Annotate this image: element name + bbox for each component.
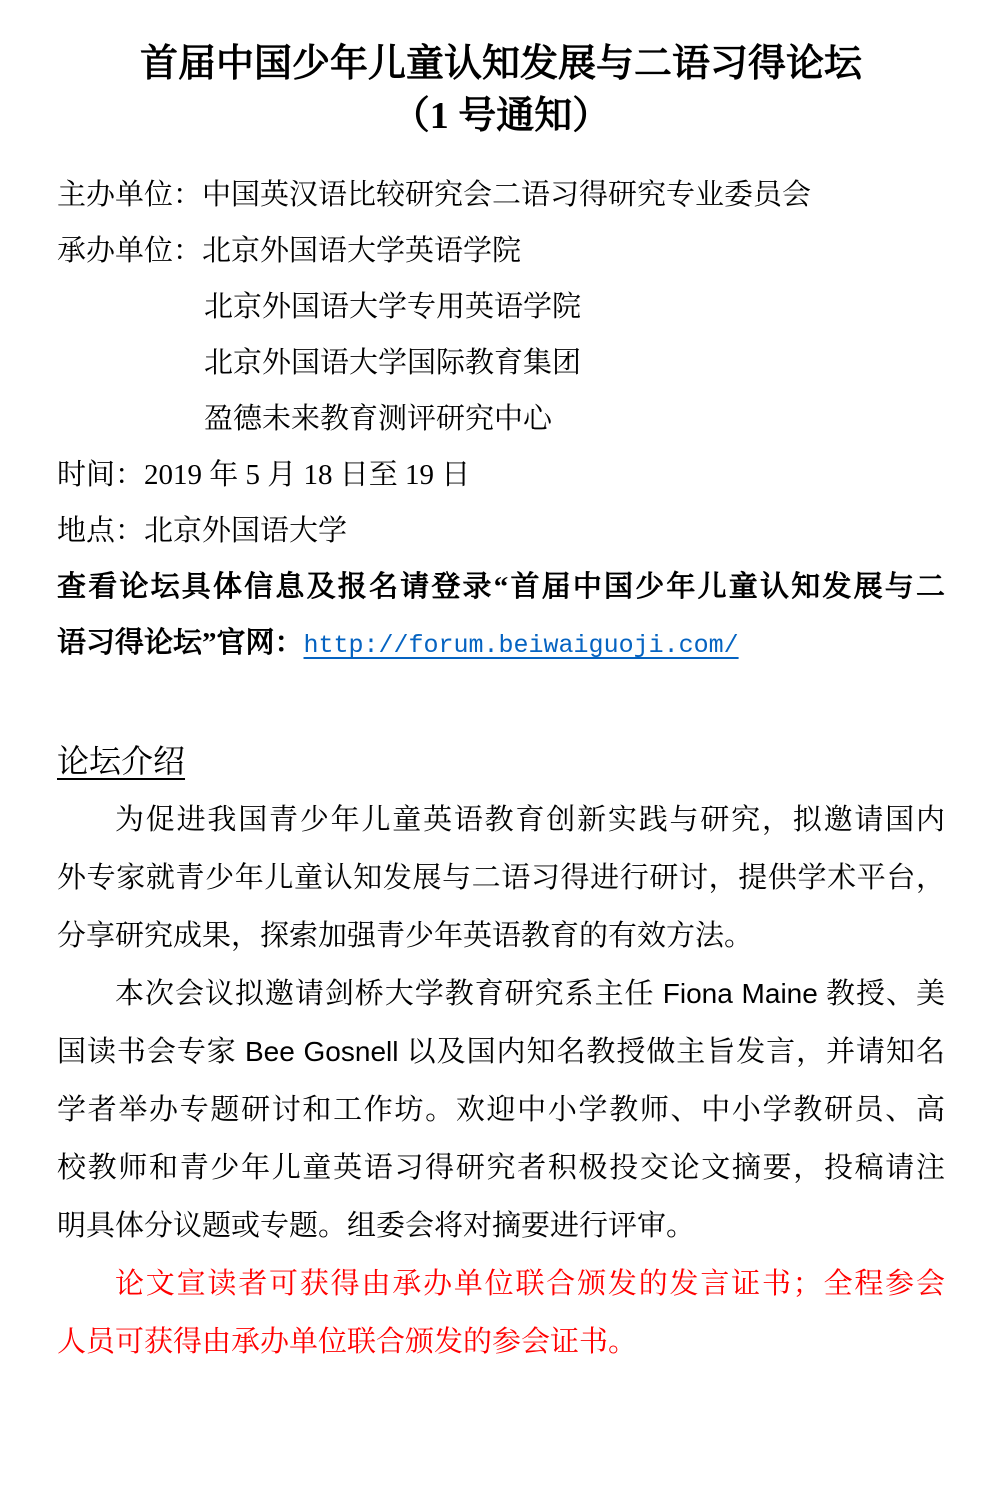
certificate-notice-line-2: 人员可获得由承办单位联合颁发的参会证书。 bbox=[57, 1313, 945, 1371]
paragraph-2-line-4: 校教师和青少年儿童英语习得研究者积极投交论文摘要，投稿请注 bbox=[57, 1139, 945, 1197]
paragraph-1-line-2: 外专家就青少年儿童认知发展与二语习得进行研讨，提供学术平台， bbox=[57, 849, 945, 907]
paragraph-2-line-2-cn-c: 以及国内知名教授做主旨发言，并请知名 bbox=[398, 1036, 945, 1068]
time-line: 时间：2019 年 5 月 18 日至 19 日 bbox=[57, 447, 945, 503]
host-value: 中国英汉语比较研究会二语习得研究专业委员会 bbox=[202, 179, 811, 211]
paragraph-2-line-2: 国读书会专家 Bee Gosnell 以及国内知名教授做主旨发言，并请知名 bbox=[57, 1023, 945, 1081]
paragraph-2-line-5: 明具体分议题或专题。组委会将对摘要进行评审。 bbox=[57, 1197, 945, 1255]
location-line: 地点：北京外国语大学 bbox=[57, 503, 945, 559]
organizer-line-4: 盈德未来教育测评研究中心 bbox=[204, 391, 945, 447]
register-line-2: 语习得论坛”官网：http://forum.beiwaiguoji.com/ bbox=[57, 615, 945, 674]
section-heading-forum-intro: 论坛介绍 bbox=[57, 731, 945, 791]
title-line-2: （1 号通知） bbox=[57, 90, 945, 142]
paragraph-2-line-3: 学者举办专题研讨和工作坊。欢迎中小学教师、中小学教研员、高 bbox=[57, 1081, 945, 1139]
certificate-notice-line-1: 论文宣读者可获得由承办单位联合颁发的发言证书；全程参会 bbox=[57, 1255, 945, 1313]
paragraph-2-line-1: 本次会议拟邀请剑桥大学教育研究系主任 Fiona Maine 教授、美 bbox=[57, 965, 945, 1023]
forum-url-link[interactable]: http://forum.beiwaiguoji.com/ bbox=[304, 631, 739, 660]
document-page: 首届中国少年儿童认知发展与二语习得论坛 （1 号通知） 主办单位：中国英汉语比较… bbox=[0, 0, 1000, 1500]
document-title: 首届中国少年儿童认知发展与二语习得论坛 （1 号通知） bbox=[57, 38, 945, 142]
paragraph-2-line-2-cn-a: 国读书会专家 bbox=[57, 1036, 245, 1068]
register-line-1: 查看论坛具体信息及报名请登录“首届中国少年儿童认知发展与二 bbox=[57, 559, 945, 615]
speaker-name-fiona-maine: Fiona Maine bbox=[663, 978, 818, 1009]
organizer-line-1: 承办单位：北京外国语大学英语学院 bbox=[57, 223, 945, 279]
meta-info-block: 主办单位：中国英汉语比较研究会二语习得研究专业委员会 承办单位：北京外国语大学英… bbox=[57, 167, 945, 674]
intro-body: 为促进我国青少年儿童英语教育创新实践与研究，拟邀请国内 外专家就青少年儿童认知发… bbox=[57, 791, 945, 1371]
organizer-label: 承办单位： bbox=[57, 235, 202, 267]
host-line: 主办单位：中国英汉语比较研究会二语习得研究专业委员会 bbox=[57, 167, 945, 223]
section-heading-text: 论坛介绍 bbox=[57, 743, 185, 779]
paragraph-2-line-1-cn-c: 教授、美 bbox=[818, 978, 945, 1010]
host-label: 主办单位： bbox=[57, 179, 202, 211]
organizer-line-2: 北京外国语大学专用英语学院 bbox=[204, 279, 945, 335]
paragraph-1-line-1: 为促进我国青少年儿童英语教育创新实践与研究，拟邀请国内 bbox=[57, 791, 945, 849]
paragraph-1-line-3: 分享研究成果，探索加强青少年英语教育的有效方法。 bbox=[57, 907, 945, 965]
register-line-2-prefix: 语习得论坛”官网： bbox=[57, 627, 304, 659]
organizer-line-3: 北京外国语大学国际教育集团 bbox=[204, 335, 945, 391]
organizer-value-1: 北京外国语大学英语学院 bbox=[202, 235, 521, 267]
speaker-name-bee-gosnell: Bee Gosnell bbox=[245, 1036, 399, 1067]
title-line-1: 首届中国少年儿童认知发展与二语习得论坛 bbox=[57, 38, 945, 90]
paragraph-2-line-1-cn-a: 本次会议拟邀请剑桥大学教育研究系主任 bbox=[115, 978, 663, 1010]
